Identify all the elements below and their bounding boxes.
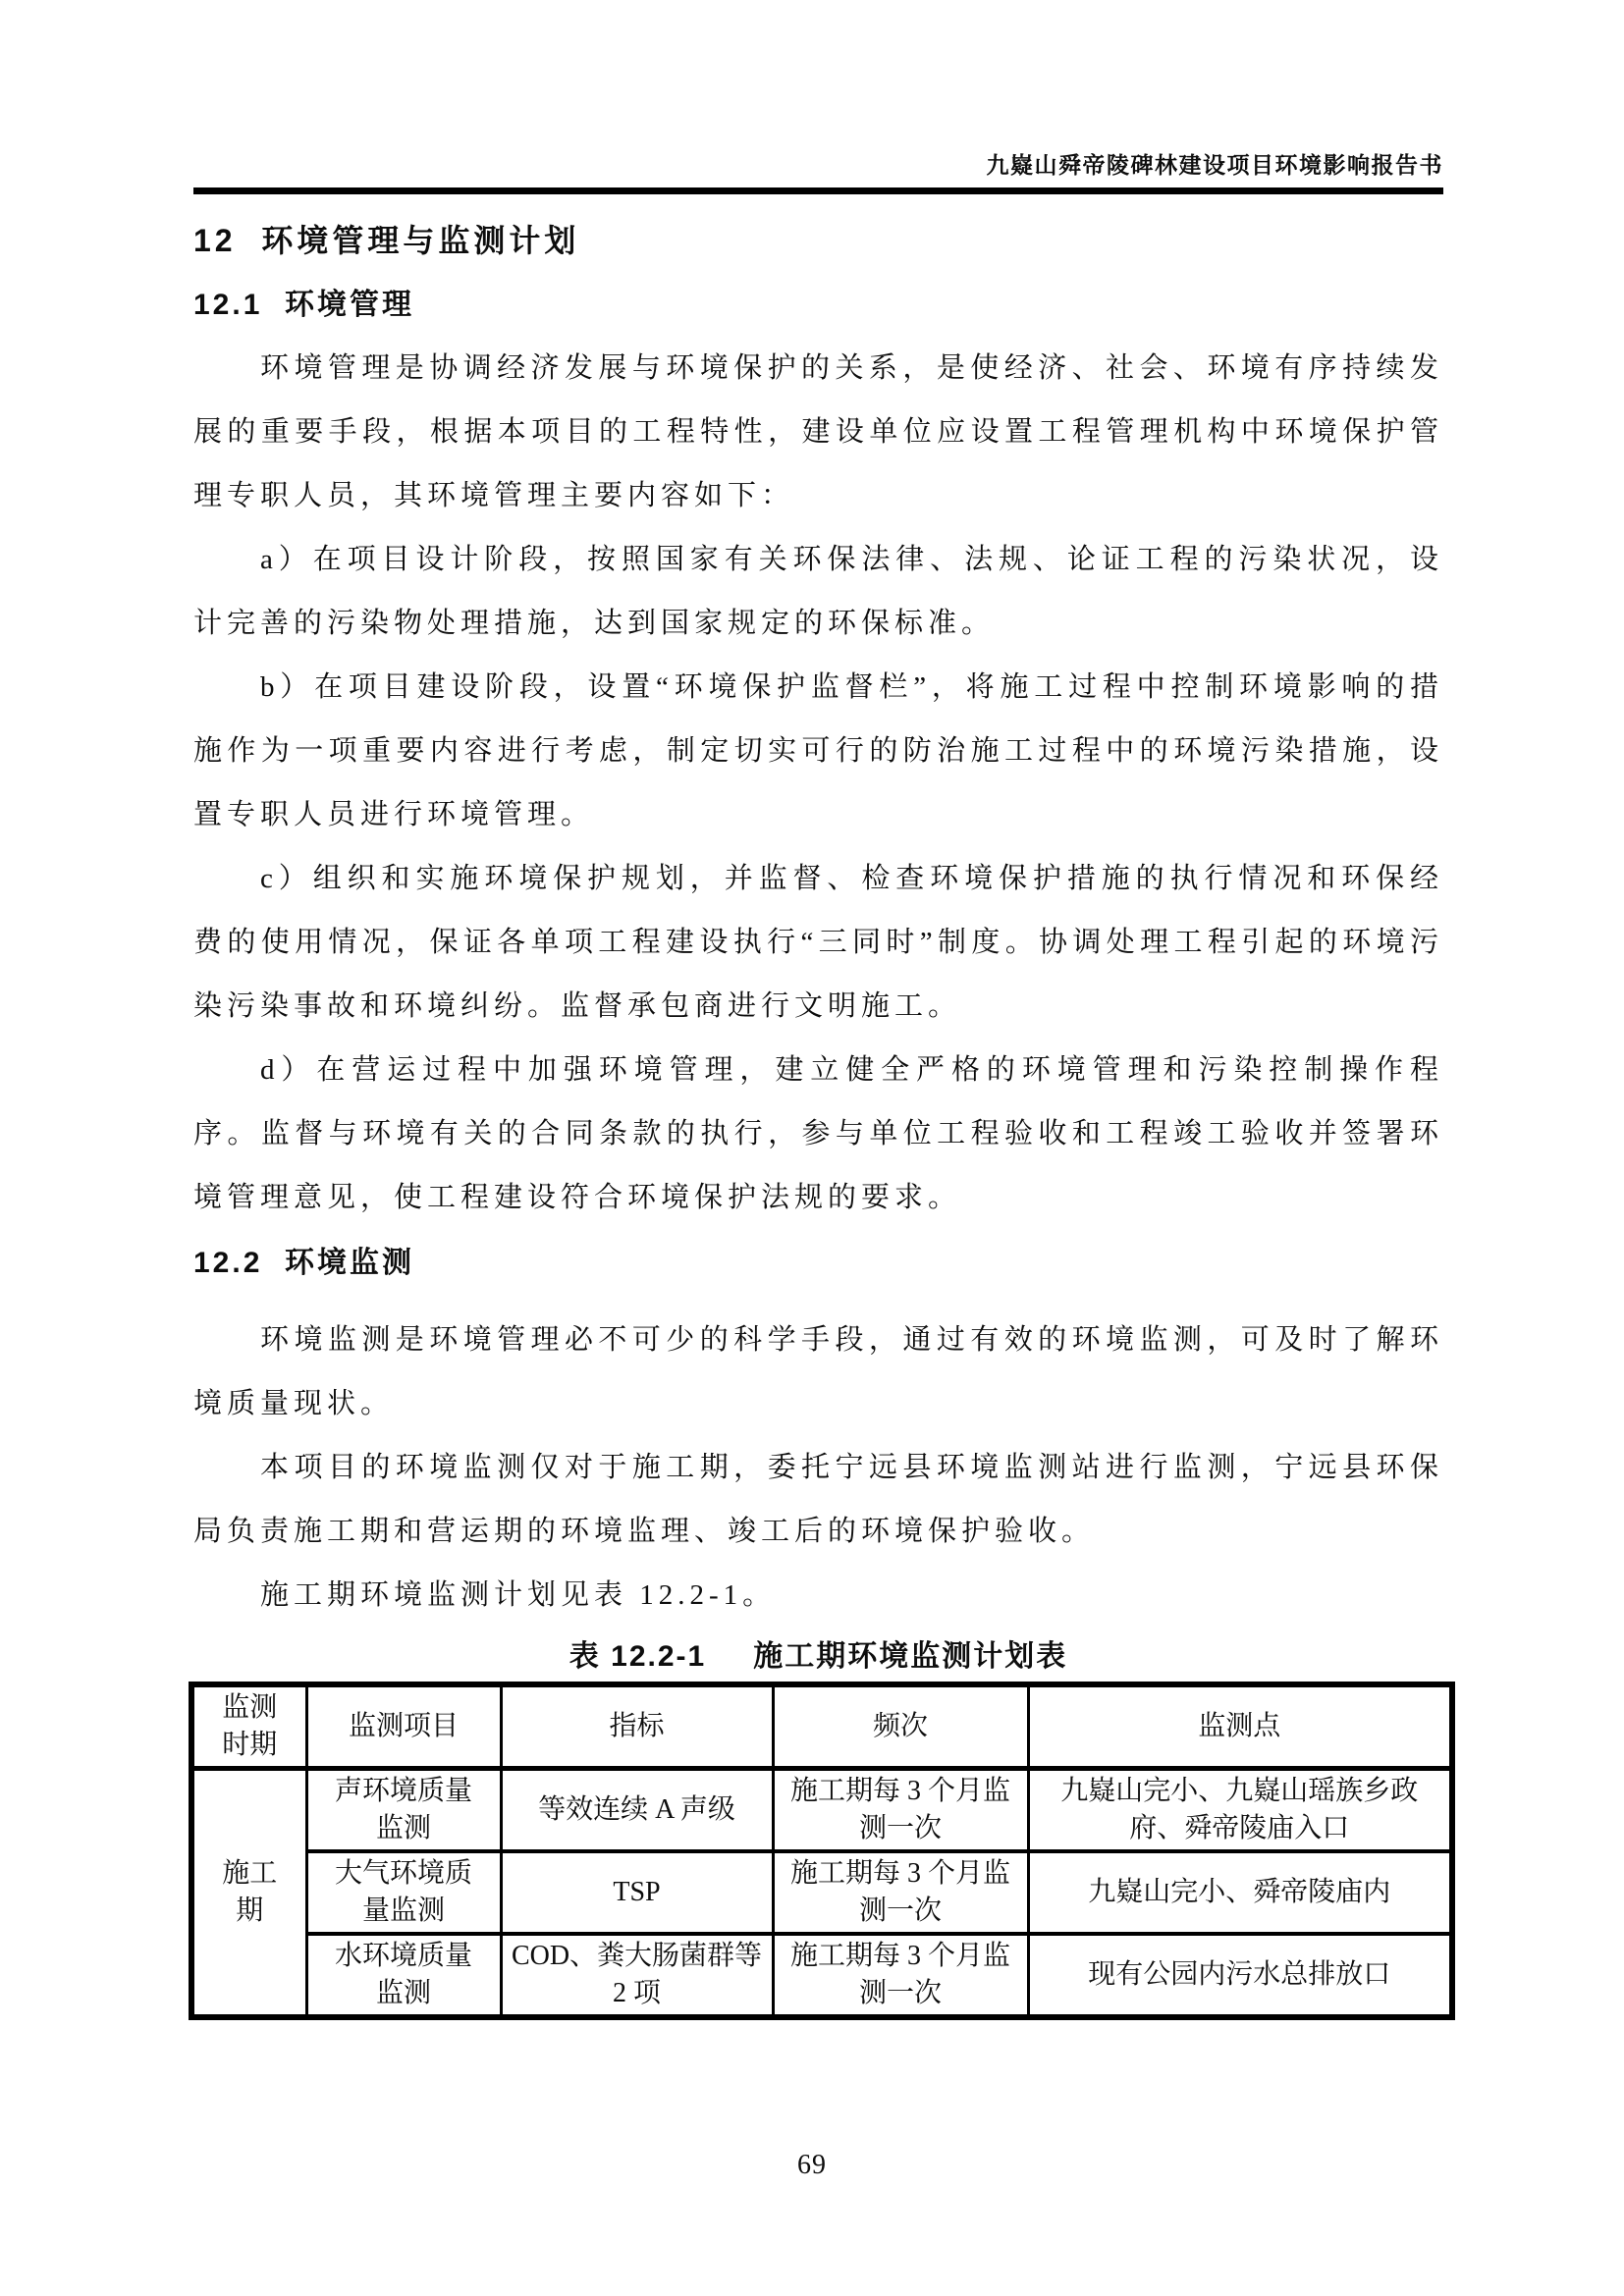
cell-frequency: 施工期每 3 个月监测一次	[773, 1769, 1028, 1852]
page-content: 九嶷山舜帝陵碑林建设项目环境影响报告书 12 环境管理与监测计划 12.1 环境…	[193, 152, 1443, 2020]
column-header-indicator: 指标	[501, 1684, 773, 1769]
table-caption-label: 表 12.2-1	[569, 1637, 706, 1677]
page-number: 69	[0, 2150, 1624, 2181]
column-header-points: 监测点	[1028, 1684, 1452, 1769]
running-header-title: 九嶷山舜帝陵碑林建设项目环境影响报告书	[987, 153, 1444, 178]
table-caption-title: 施工期环境监测计划表	[753, 1637, 1067, 1677]
cell-project: 大气环境质量监测	[306, 1851, 501, 1934]
cell-project: 声环境质量监测	[306, 1769, 501, 1852]
column-header-project: 监测项目	[306, 1684, 501, 1769]
cell-frequency: 施工期每 3 个月监测一次	[773, 1851, 1028, 1934]
paragraph-item-d: d）在营运过程中加强环境管理，建立健全严格的环境管理和污染控制操作程序。监督与环…	[193, 1039, 1443, 1230]
paragraph-item-c: c）组织和实施环境保护规划，并监督、检查环境保护措施的执行情况和环保经费的使用情…	[193, 847, 1443, 1039]
table-row-noise: 施工期 声环境质量监测 等效连续 A 声级 施工期每 3 个月监测一次 九嶷山完…	[191, 1769, 1452, 1852]
running-header: 九嶷山舜帝陵碑林建设项目环境影响报告书	[193, 152, 1443, 194]
column-header-frequency: 频次	[773, 1684, 1028, 1769]
column-header-period: 监测时期	[191, 1684, 306, 1769]
document-page: 九嶷山舜帝陵碑林建设项目环境影响报告书 12 环境管理与监测计划 12.1 环境…	[0, 0, 1624, 2296]
cell-project: 水环境质量监测	[306, 1934, 501, 2017]
paragraph-item-b: b）在项目建设阶段，设置“环境保护监督栏”，将施工过程中控制环境影响的措施作为一…	[193, 656, 1443, 847]
paragraph-monitoring-intro: 环境监测是环境管理必不可少的科学手段，通过有效的环境监测，可及时了解环境质量现状…	[193, 1308, 1443, 1436]
table-row-air: 大气环境质量监测 TSP 施工期每 3 个月监测一次 九嶷山完小、舜帝陵庙内	[191, 1851, 1452, 1934]
paragraph-intro: 环境管理是协调经济发展与环境保护的关系，是使经济、社会、环境有序持续发展的重要手…	[193, 337, 1443, 528]
cell-indicator: 等效连续 A 声级	[501, 1769, 773, 1852]
cell-indicator: TSP	[501, 1851, 773, 1934]
cell-indicator: COD、粪大肠菌群等 2 项	[501, 1934, 773, 2017]
monitoring-plan-table: 监测时期 监测项目 指标 频次 监测点 施工期 声环境质量监测 等效连续 A 声…	[189, 1682, 1455, 2020]
table-row-water: 水环境质量监测 COD、粪大肠菌群等 2 项 施工期每 3 个月监测一次 现有公…	[191, 1934, 1452, 2017]
cell-period: 施工期	[191, 1769, 306, 2018]
cell-points: 现有公园内污水总排放口	[1028, 1934, 1452, 2017]
cell-points: 九嶷山完小、舜帝陵庙内	[1028, 1851, 1452, 1934]
paragraph-item-a: a）在项目设计阶段，按照国家有关环保法律、法规、论证工程的污染状况，设计完善的污…	[193, 528, 1443, 656]
table-caption: 表 12.2-1 施工期环境监测计划表	[193, 1637, 1443, 1677]
chapter-heading: 12 环境管理与监测计划	[193, 221, 1443, 260]
section-1-heading: 12.1 环境管理	[193, 286, 1443, 325]
cell-points: 九嶷山完小、九嶷山瑶族乡政府、舜帝陵庙入口	[1028, 1769, 1452, 1852]
table-header-row: 监测时期 监测项目 指标 频次 监测点	[191, 1684, 1452, 1769]
paragraph-monitoring-scope: 本项目的环境监测仅对于施工期，委托宁远县环境监测站进行监测，宁远县环保局负责施工…	[193, 1436, 1443, 1564]
cell-frequency: 施工期每 3 个月监测一次	[773, 1934, 1028, 2017]
section-2-heading: 12.2 环境监测	[193, 1244, 1443, 1283]
paragraph-table-reference: 施工期环境监测计划见表 12.2-1。	[193, 1564, 1443, 1628]
